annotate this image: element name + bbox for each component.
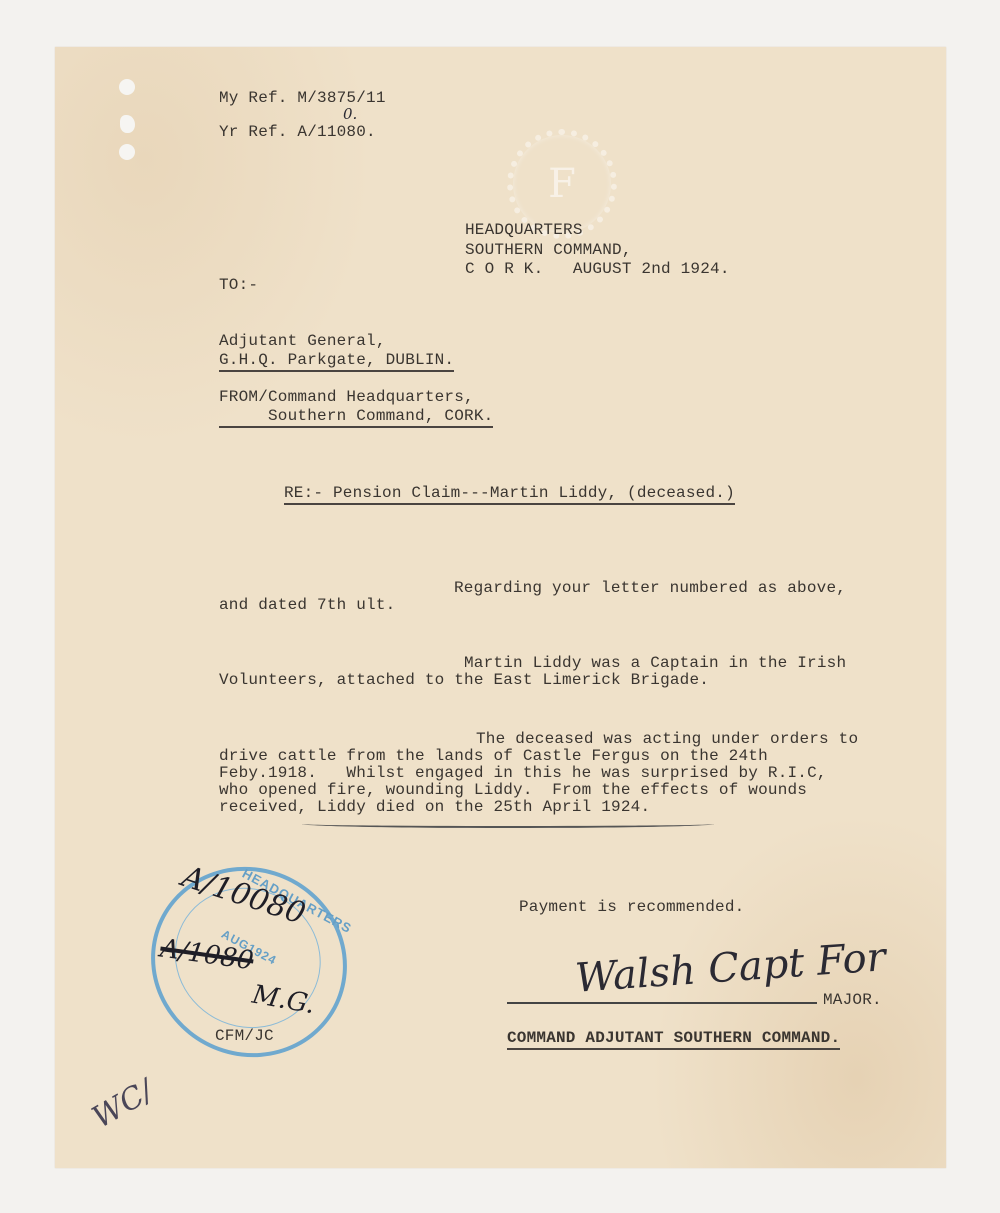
sender-line-2: Southern Command, CORK. xyxy=(219,408,493,428)
paragraph-2-line-2: Volunteers, attached to the East Limeric… xyxy=(219,672,709,688)
reference-correction: 0. xyxy=(343,105,357,123)
sender-line-1: FROM/Command Headquarters, xyxy=(219,389,474,405)
margin-note: WC/ xyxy=(87,1073,160,1135)
rank-label: MAJOR. xyxy=(823,992,882,1008)
recipient-line-2: G.H.Q. Parkgate, DUBLIN. xyxy=(219,352,454,372)
paragraph-3-line-2: drive cattle from the lands of Castle Fe… xyxy=(219,748,768,764)
signatory-title: COMMAND ADJUTANT SOUTHERN COMMAND. xyxy=(507,1030,840,1050)
recipient-line-1: Adjutant General, xyxy=(219,333,386,349)
header-line-2: SOUTHERN COMMAND, xyxy=(465,242,632,258)
paragraph-3-line-5: received, Liddy died on the 25th April 1… xyxy=(219,799,650,815)
punch-hole xyxy=(119,144,135,160)
paragraph-2-line-1: Martin Liddy was a Captain in the Irish xyxy=(464,655,846,671)
paragraph-1-line-2: and dated 7th ult. xyxy=(219,597,395,613)
subject-line: RE:- Pension Claim---Martin Liddy, (dece… xyxy=(284,485,735,505)
signature-line xyxy=(507,1002,817,1004)
header-date-line: C O R K. AUGUST 2nd 1924. xyxy=(465,261,730,277)
my-reference: My Ref. M/3875/11 xyxy=(219,90,386,106)
recommendation: Payment is recommended. xyxy=(519,899,744,915)
paragraph-3-line-4: who opened fire, wounding Liddy. From th… xyxy=(219,782,807,798)
punch-hole xyxy=(120,115,135,133)
paragraph-3-line-3: Feby.1918. Whilst engaged in this he was… xyxy=(219,765,827,781)
paragraph-3-line-1: The deceased was acting under orders to xyxy=(476,731,858,747)
to-label: TO:- xyxy=(219,277,258,293)
paragraph-1-line-1: Regarding your letter numbered as above, xyxy=(454,580,846,596)
punch-hole xyxy=(119,79,135,95)
your-reference: Yr Ref. A/11080. xyxy=(219,124,376,140)
hand-underline xyxy=(302,820,714,828)
header-line-1: HEADQUARTERS xyxy=(465,222,583,238)
